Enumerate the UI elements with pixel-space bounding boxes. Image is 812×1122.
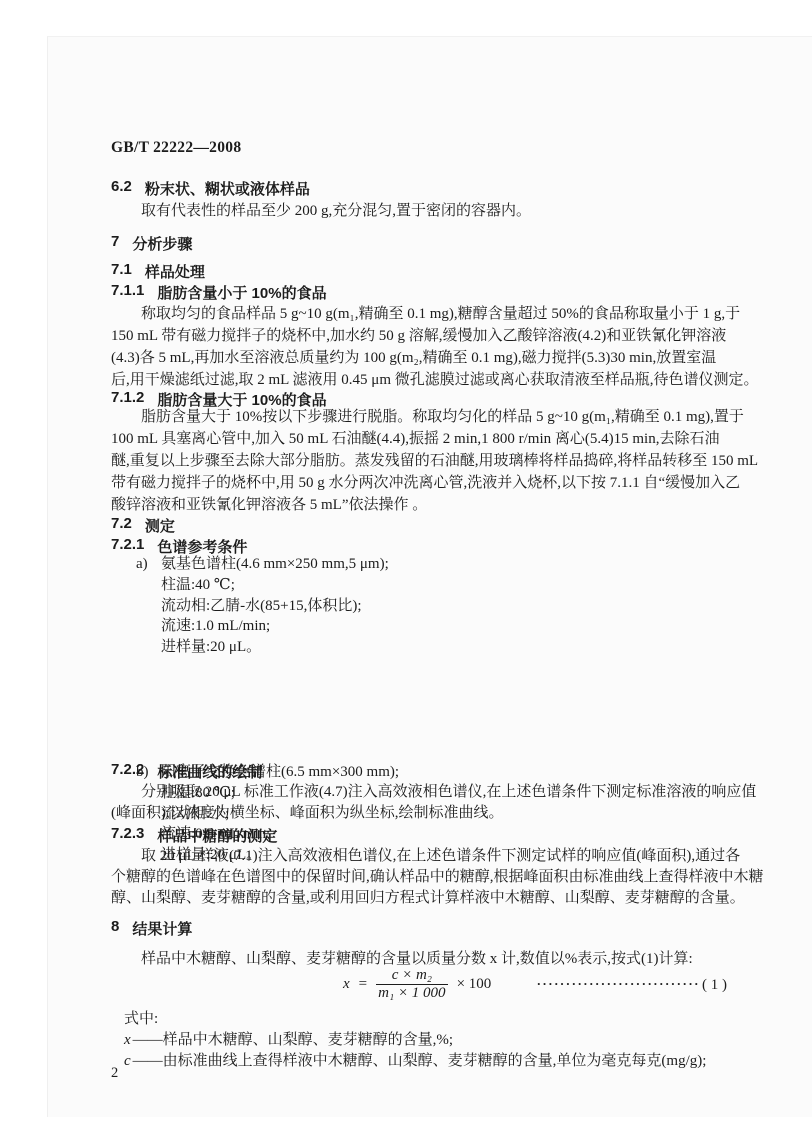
paragraph-line: 100 mL 具塞离心管中,加入 50 mL 石油醚(4.4),振摇 2 min… [111, 428, 737, 450]
definition-dash: —— [133, 1032, 163, 1048]
formula-fraction: c × m₂ m₁ × 1 000 [376, 967, 447, 1002]
list-line: 氨基色谱柱(4.6 mm×250 mm,5 μm); [111, 554, 737, 575]
variable-c: c [124, 1053, 133, 1069]
formula-lhs: x [343, 976, 350, 993]
paragraph-line: 分别吸取 20 μL 标准工作液(4.7)注入高效液相色谱仪,在上述色谱条件下测… [111, 782, 737, 803]
section-number: 7.1 [111, 261, 132, 282]
formula-multiplier: × 100 [457, 976, 492, 993]
where-label: 式中: [111, 1008, 737, 1030]
paragraph-line: 取 20 μL 样液(7.1)注入高效液相色谱仪,在上述色谱条件下测定试样的响应… [111, 846, 737, 867]
section-title: 脂肪含量小于 10%的食品 [157, 282, 326, 303]
paragraph-line: (峰面积),以浓度为横坐标、峰面积为纵坐标,绘制标准曲线。 [111, 803, 737, 824]
section-number: 8 [111, 918, 119, 939]
dot-leader: ···························· [537, 976, 700, 991]
section-number: 7 [111, 233, 119, 254]
section-number: 6.2 [111, 178, 132, 199]
formula-denominator: m₁ × 1 000 [376, 985, 447, 1002]
paragraph-line: 后,用干燥滤纸过滤,取 2 mL 滤液用 0.45 μm 微孔滤膜过滤或离心获取… [111, 369, 737, 391]
paragraph-line: 150 mL 带有磁力搅拌子的烧杯中,加水约 50 g 溶解,缓慢加入乙酸锌溶液… [111, 325, 737, 347]
paragraph-7-1-2: 脂肪含量大于 10%按以下步骤进行脱脂。称取均匀化的样品 5 g~10 g(m₁… [111, 406, 737, 516]
page-number: 2 [111, 1065, 118, 1082]
paragraph-line: 醇、山梨醇、麦芽糖醇的含量,或利用回归方程式计算样液中木糖醇、山梨醇、麦芽糖醇的… [111, 888, 737, 909]
formula-equals: = [359, 976, 367, 993]
section-title: 标准曲线的绘制 [157, 761, 262, 782]
formula-1: x = c × m₂ m₁ × 1 000 × 100 ············… [111, 965, 737, 1013]
formula-numerator: c × m₂ [376, 967, 447, 985]
section-heading-8: 8 结果计算 [111, 918, 737, 939]
definition-dash: —— [133, 1053, 163, 1069]
section-title: 粉末状、糊状或液体样品 [145, 178, 310, 199]
list-line: 进样量:20 μL。 [111, 637, 737, 658]
paragraph-line: 酸锌溶液和亚铁氰化钾溶液各 5 mL”依法操作 。 [111, 494, 737, 516]
where-clause-label: 式中: [111, 1008, 737, 1030]
paragraph-line: 醚,重复以上步骤至去除大部分脂肪。蒸发残留的石油醚,用玻璃棒将样品捣碎,将样品转… [111, 450, 737, 472]
paragraph-line: 取有代表性的样品至少 200 g,充分混匀,置于密闭的容器内。 [111, 200, 737, 222]
section-title: 样品处理 [145, 261, 205, 282]
chromatography-condition-a: a) 氨基色谱柱(4.6 mm×250 mm,5 μm); 柱温:40 ℃; 流… [111, 554, 737, 658]
paragraph-7-1-1: 称取均匀的食品样品 5 g~10 g(m₁,精确至 0.1 mg),糖醇含量超过… [111, 303, 737, 391]
section-number: 7.1.1 [111, 282, 144, 303]
section-number: 7.2.2 [111, 761, 144, 782]
section-heading-7: 7 分析步骤 [111, 233, 737, 254]
formula-number-label: ( 1 ) [700, 977, 727, 993]
page-content: GB/T 22222—2008 6.2 粉末状、糊状或液体样品 取有代表性的样品… [111, 37, 751, 245]
paragraph-line: 称取均匀的食品样品 5 g~10 g(m₁,精确至 0.1 mg),糖醇含量超过… [111, 303, 737, 325]
section-title: 样品中糖醇的测定 [157, 825, 277, 846]
paragraph-7-2-2: 分别吸取 20 μL 标准工作液(4.7)注入高效液相色谱仪,在上述色谱条件下测… [111, 782, 737, 824]
section-heading-7-2: 7.2 测定 [111, 515, 737, 536]
standard-number-header: GB/T 22222—2008 [111, 139, 737, 157]
paragraph-line: 带有磁力搅拌子的烧杯中,用 50 g 水分两次冲洗离心管,洗液并入烧杯,以下按 … [111, 472, 737, 494]
section-title: 分析步骤 [132, 233, 192, 254]
definition-c: c——由标准曲线上查得样液中木糖醇、山梨醇、麦芽糖醇的含量,单位为毫克每克(mg… [111, 1051, 737, 1072]
section-number: 7.2 [111, 515, 132, 536]
list-line: 流速:1.0 mL/min; [111, 616, 737, 637]
section-number: 7.2.3 [111, 825, 144, 846]
formula-expression: x = c × m₂ m₁ × 1 000 × 100 [343, 967, 491, 1002]
section-heading-7-2-2: 7.2.2 标准曲线的绘制 [111, 761, 737, 782]
paragraph-6-2: 取有代表性的样品至少 200 g,充分混匀,置于密闭的容器内。 [111, 200, 737, 222]
paragraph-line: 脂肪含量大于 10%按以下步骤进行脱脂。称取均匀化的样品 5 g~10 g(m₁… [111, 406, 737, 428]
definition-text: 由标准曲线上查得样液中木糖醇、山梨醇、麦芽糖醇的含量,单位为毫克每克(mg/g)… [163, 1053, 707, 1069]
list-line: 柱温:40 ℃; [111, 575, 737, 596]
scanned-document-page: GB/T 22222—2008 6.2 粉末状、糊状或液体样品 取有代表性的样品… [47, 36, 812, 1117]
variable-x: x [124, 1032, 133, 1048]
list-marker-a: a) [136, 554, 148, 575]
paragraph-7-2-3: 取 20 μL 样液(7.1)注入高效液相色谱仪,在上述色谱条件下测定试样的响应… [111, 846, 737, 909]
formula-dot-leader: ····························( 1 ) [537, 976, 727, 994]
section-heading-7-2-3: 7.2.3 样品中糖醇的测定 [111, 825, 737, 846]
paragraph-line: (4.3)各 5 mL,再加水至溶液总质量约为 100 g(m₂,精确至 0.1… [111, 347, 737, 369]
section-heading-7-1: 7.1 样品处理 [111, 261, 737, 282]
section-title: 测定 [145, 515, 175, 536]
list-line: 流动相:乙腈-水(85+15,体积比); [111, 596, 737, 617]
section-title: 结果计算 [132, 918, 192, 939]
paragraph-line: 个糖醇的色谱峰在色谱图中的保留时间,确认样品中的糖醇,根据峰面积由标准曲线上查得… [111, 867, 737, 888]
section-heading-6-2: 6.2 粉末状、糊状或液体样品 [111, 178, 737, 199]
section-heading-7-1-1: 7.1.1 脂肪含量小于 10%的食品 [111, 282, 737, 303]
definition-text: 样品中木糖醇、山梨醇、麦芽糖醇的含量,%; [163, 1032, 453, 1048]
definition-x: x——样品中木糖醇、山梨醇、麦芽糖醇的含量,%; [111, 1030, 737, 1051]
